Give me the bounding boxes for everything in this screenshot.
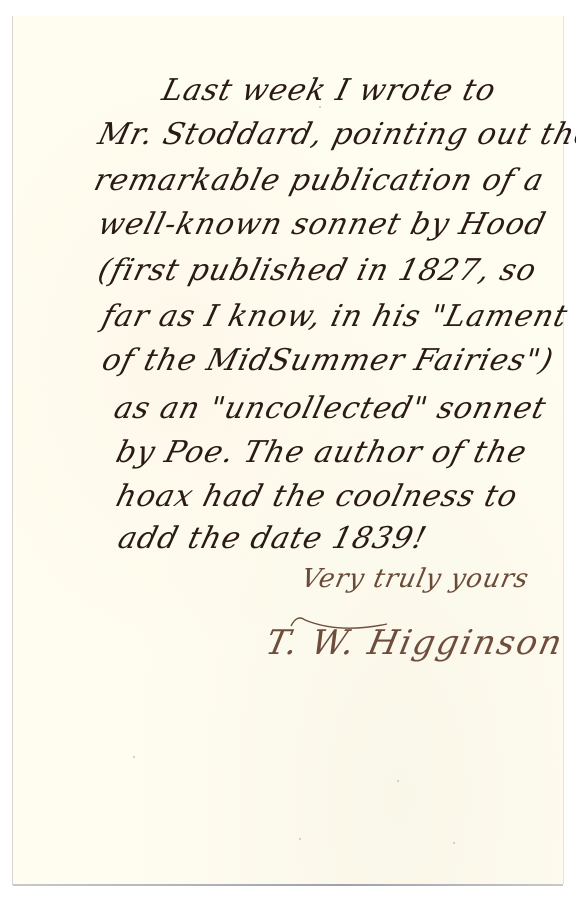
paper-speck	[397, 780, 399, 782]
scan-background: Last week I wrote to Mr. Stoddard, point…	[0, 0, 576, 897]
letter-line-10: hoax had the coolness to	[113, 482, 521, 512]
letter-line-11: add the date 1839!	[115, 524, 430, 554]
letter-line-5: (first published in 1827, so	[95, 256, 540, 286]
paper-speck	[453, 842, 455, 844]
letter-line-6: far as I know, in his "Lament	[99, 302, 571, 332]
paper-speck	[299, 838, 301, 840]
letter-line-4: well-known sonnet by Hood	[95, 210, 549, 240]
paper-speck	[133, 756, 135, 758]
letter-paper: Last week I wrote to Mr. Stoddard, point…	[12, 16, 563, 884]
letter-signature: T. W. Higginson	[263, 626, 567, 660]
letter-line-9: by Poe. The author of the	[113, 438, 530, 468]
letter-line-2: Mr. Stoddard, pointing out the	[95, 120, 576, 150]
paper-speck	[319, 106, 321, 108]
letter-closing: Very truly yours	[299, 566, 531, 592]
letter-line-8: as an "uncollected" sonnet	[111, 394, 549, 424]
letter-line-3: remarkable publication of a	[91, 166, 547, 196]
letter-line-1: Last week I wrote to	[159, 76, 499, 106]
letter-line-7: of the MidSummer Fairies")	[99, 346, 557, 376]
